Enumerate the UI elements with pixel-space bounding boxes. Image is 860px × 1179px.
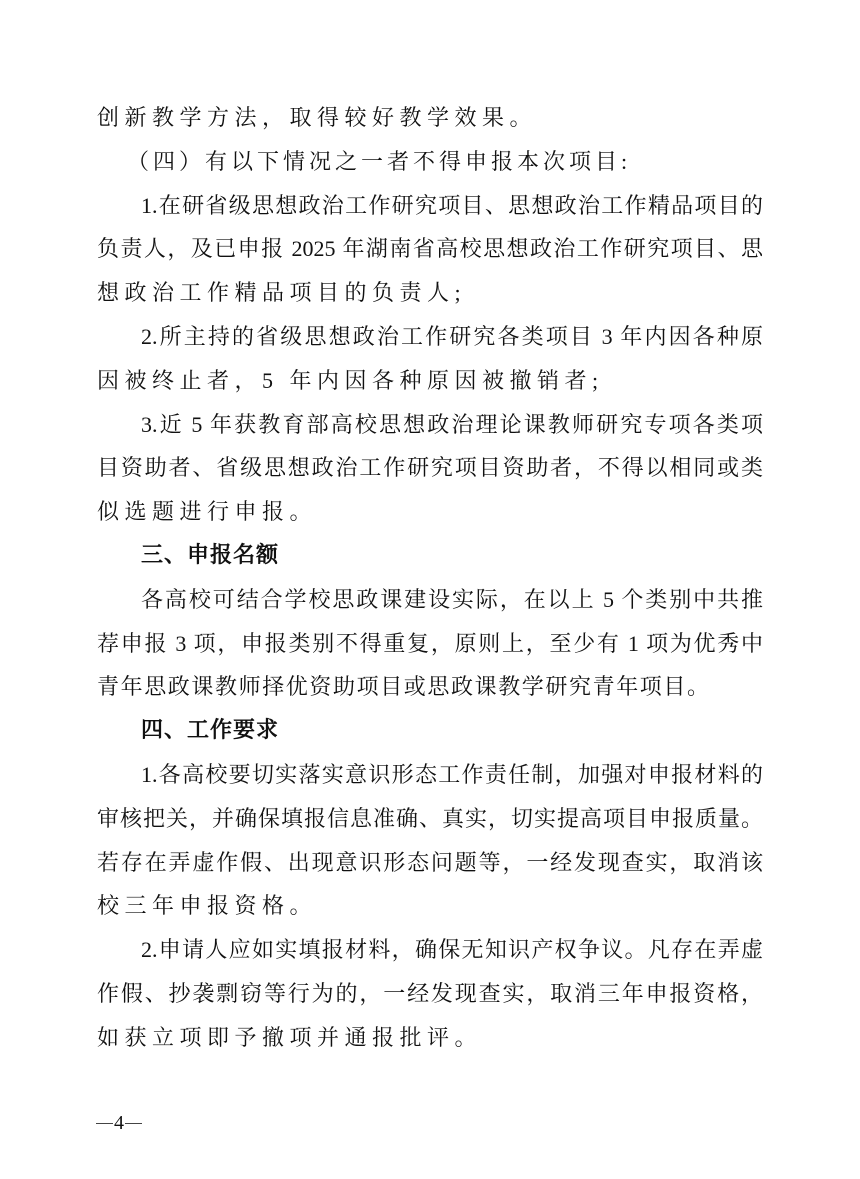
section-subheading: （四）有以下情况之一者不得申报本次项目: bbox=[97, 140, 763, 184]
paragraph-line: 负责人，及已申报 2025 年湖南省高校思想政治工作研究项目、思 bbox=[97, 227, 763, 271]
paragraph-line: 创新教学方法，取得较好教学效果。 bbox=[97, 96, 763, 140]
dash-left bbox=[96, 1123, 113, 1124]
paragraph-line: 因被终止者，5 年内因各种原因被撤销者; bbox=[97, 359, 763, 403]
paragraph-line: 校三年申报资格。 bbox=[97, 884, 763, 928]
paragraph-line: 似选题进行申报。 bbox=[97, 490, 763, 534]
paragraph-line: 各高校可结合学校思政课建设实际，在以上 5 个类别中共推 bbox=[97, 578, 763, 622]
paragraph-line: 荐申报 3 项，申报类别不得重复，原则上，至少有 1 项为优秀中 bbox=[97, 622, 763, 666]
dash-right bbox=[125, 1123, 142, 1124]
section-heading-quota: 三、申报名额 bbox=[97, 534, 763, 578]
paragraph-line: 审核把关，并确保填报信息准确、真实，切实提高项目申报质量。 bbox=[97, 797, 763, 841]
paragraph-line: 作假、抄袭剽窃等行为的，一经发现查实，取消三年申报资格， bbox=[97, 972, 763, 1016]
page-number: 4 bbox=[113, 1112, 125, 1135]
paragraph-line: 若存在弄虚作假、出现意识形态问题等，一经发现查实，取消该 bbox=[97, 841, 763, 885]
paragraph-line: 2.所主持的省级思想政治工作研究各类项目 3 年内因各种原 bbox=[97, 315, 763, 359]
paragraph-line: 想政治工作精品项目的负责人; bbox=[97, 271, 763, 315]
document-page: 创新教学方法，取得较好教学效果。 （四）有以下情况之一者不得申报本次项目: 1.… bbox=[97, 96, 763, 1060]
paragraph-line: 2.申请人应如实填报材料，确保无知识产权争议。凡存在弄虚 bbox=[97, 928, 763, 972]
paragraph-line: 1.各高校要切实落实意识形态工作责任制，加强对申报材料的 bbox=[97, 753, 763, 797]
paragraph-line: 目资助者、省级思想政治工作研究项目资助者，不得以相同或类 bbox=[97, 446, 763, 490]
paragraph-line: 青年思政课教师择优资助项目或思政课教学研究青年项目。 bbox=[97, 665, 763, 709]
paragraph-line: 如获立项即予撤项并通报批评。 bbox=[97, 1016, 763, 1060]
paragraph-line: 1.在研省级思想政治工作研究项目、思想政治工作精品项目的 bbox=[97, 184, 763, 228]
section-heading-requirements: 四、工作要求 bbox=[97, 709, 763, 753]
paragraph-line: 3.近 5 年获教育部高校思想政治理论课教师研究专项各类项 bbox=[97, 403, 763, 447]
page-footer: 4 bbox=[96, 1112, 142, 1135]
